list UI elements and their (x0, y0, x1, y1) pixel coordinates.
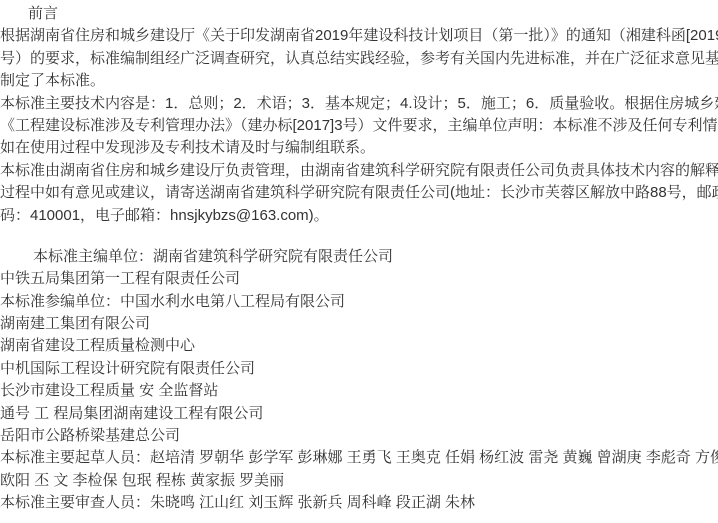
document-line: 本标准主要技术内容是：1．总则；2．术语；3．基本规定；4.设计；5．施工；6．… (0, 93, 718, 115)
document-body: 根据湖南省住房和城乡建设厅《关于印发湖南省2019年建设科技计划项目（第一批）》… (0, 25, 718, 514)
document-line: 过程中如有意见或建议，请寄送湖南省建筑科学研究院有限责任公司(地址：长沙市芙蓉区… (0, 182, 718, 204)
document-line: 岳阳市公路桥梁基建总公司 (0, 425, 718, 447)
document-line: 湖南省建设工程质量检测中心 (0, 335, 718, 357)
document-line: 本标准由湖南省住房和城乡建设厅负责管理，由湖南省建筑科学研究院有限责任公司负责具… (0, 160, 718, 182)
document-line: 欧阳 丕 文 李检保 包珉 程栋 黄家振 罗美丽 (0, 470, 718, 492)
document-line: 本标准参编单位：中国水利水电第八工程局有限公司 (0, 291, 718, 313)
document-line: 如在使用过程中发现涉及专利技术请及时与编制组联系。 (0, 137, 718, 159)
document-line: 中机国际工程设计研究院有限责任公司 (0, 358, 718, 380)
page-title: 前言 (28, 3, 718, 25)
document-line: 码：410001，电子邮箱：hnsjkybzs@163.com)。 (0, 205, 718, 227)
document: 前言 根据湖南省住房和城乡建设厅《关于印发湖南省2019年建设科技计划项目（第一… (0, 0, 718, 515)
document-line: 号）的要求，标准编制组经广泛调查研究，认真总结实践经验，参考有关国内先进标准，并… (0, 48, 718, 70)
document-line: 《工程建设标准涉及专利管理办法》（建办标[2017]3号）文件要求，主编单位声明… (0, 115, 718, 137)
document-line: 本标准主要起草人员：赵培清 罗朝华 彭学军 彭琳娜 王勇飞 王奥克 任娟 杨红波… (0, 447, 718, 469)
document-line: 中铁五局集团第一工程有限责任公司 (0, 268, 718, 290)
document-line: 本标准主编单位：湖南省建筑科学研究院有限责任公司 (33, 246, 718, 268)
document-line: 湖南建工集团有限公司 (0, 313, 718, 335)
document-line: 长沙市建设工程质量 安 全监督站 (0, 380, 718, 402)
document-line: 根据湖南省住房和城乡建设厅《关于印发湖南省2019年建设科技计划项目（第一批）》… (0, 25, 718, 47)
document-line: 制定了本标准。 (0, 70, 718, 92)
document-line: 本标准主要审查人员：朱晓鸣 江山红 刘玉辉 张新兵 周科峰 段正湖 朱林 (0, 492, 718, 514)
document-line: 通号 工 程局集团湖南建设工程有限公司 (0, 403, 718, 425)
